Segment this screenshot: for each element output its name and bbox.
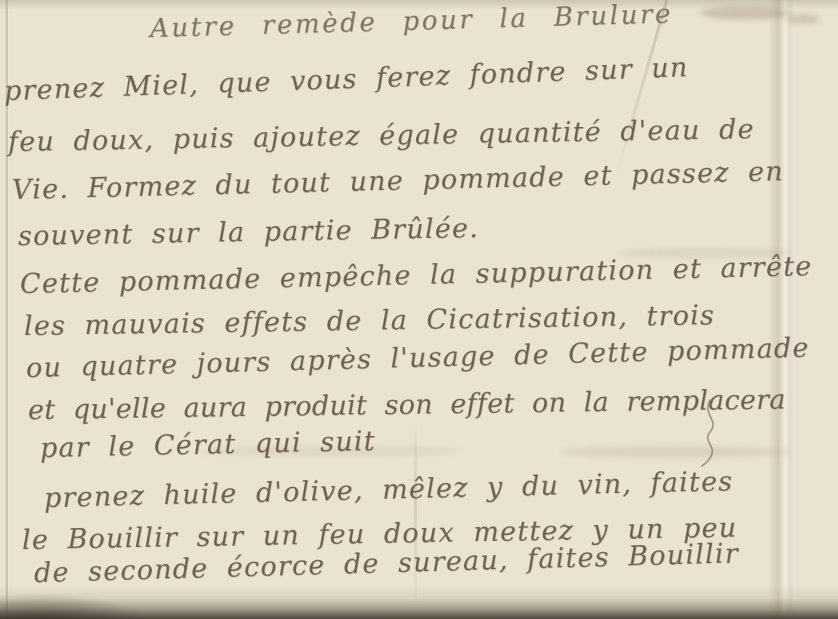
manuscript-line: prenez Miel, que vous ferez fondre sur u… [3, 52, 689, 107]
manuscript-page: Autre remède pour la Brulure prenez Miel… [0, 0, 838, 619]
right-fold-crease [768, 0, 794, 619]
manuscript-line: les mauvais effets de la Cicatrisation, … [24, 300, 716, 342]
manuscript-line: Cette pommade empêche la suppuration et … [20, 251, 813, 300]
ink-bleedthrough-spot [700, 6, 790, 20]
manuscript-line: Vie. Formez du tout une pommade et passe… [12, 156, 785, 206]
manuscript-line: par le Cérat qui suit [40, 426, 376, 464]
manuscript-line: et qu'elle aura produit son effet on la … [28, 384, 786, 426]
ink-bleedthrough-spot [786, 14, 820, 24]
manuscript-line: feu doux, puis ajoutez égale quantité d'… [8, 114, 755, 158]
manuscript-line: souvent sur la partie Brûlée. [18, 213, 480, 252]
manuscript-line: ou quatre jours après l'usage de Cette p… [26, 332, 810, 384]
ink-bleedthrough-spot [560, 446, 790, 458]
manuscript-line: prenez huile d'olive, mêlez y du vin, fa… [44, 466, 734, 514]
manuscript-title: Autre remède pour la Brulure [150, 0, 674, 44]
page-bottom-edge-shadow [0, 585, 838, 619]
